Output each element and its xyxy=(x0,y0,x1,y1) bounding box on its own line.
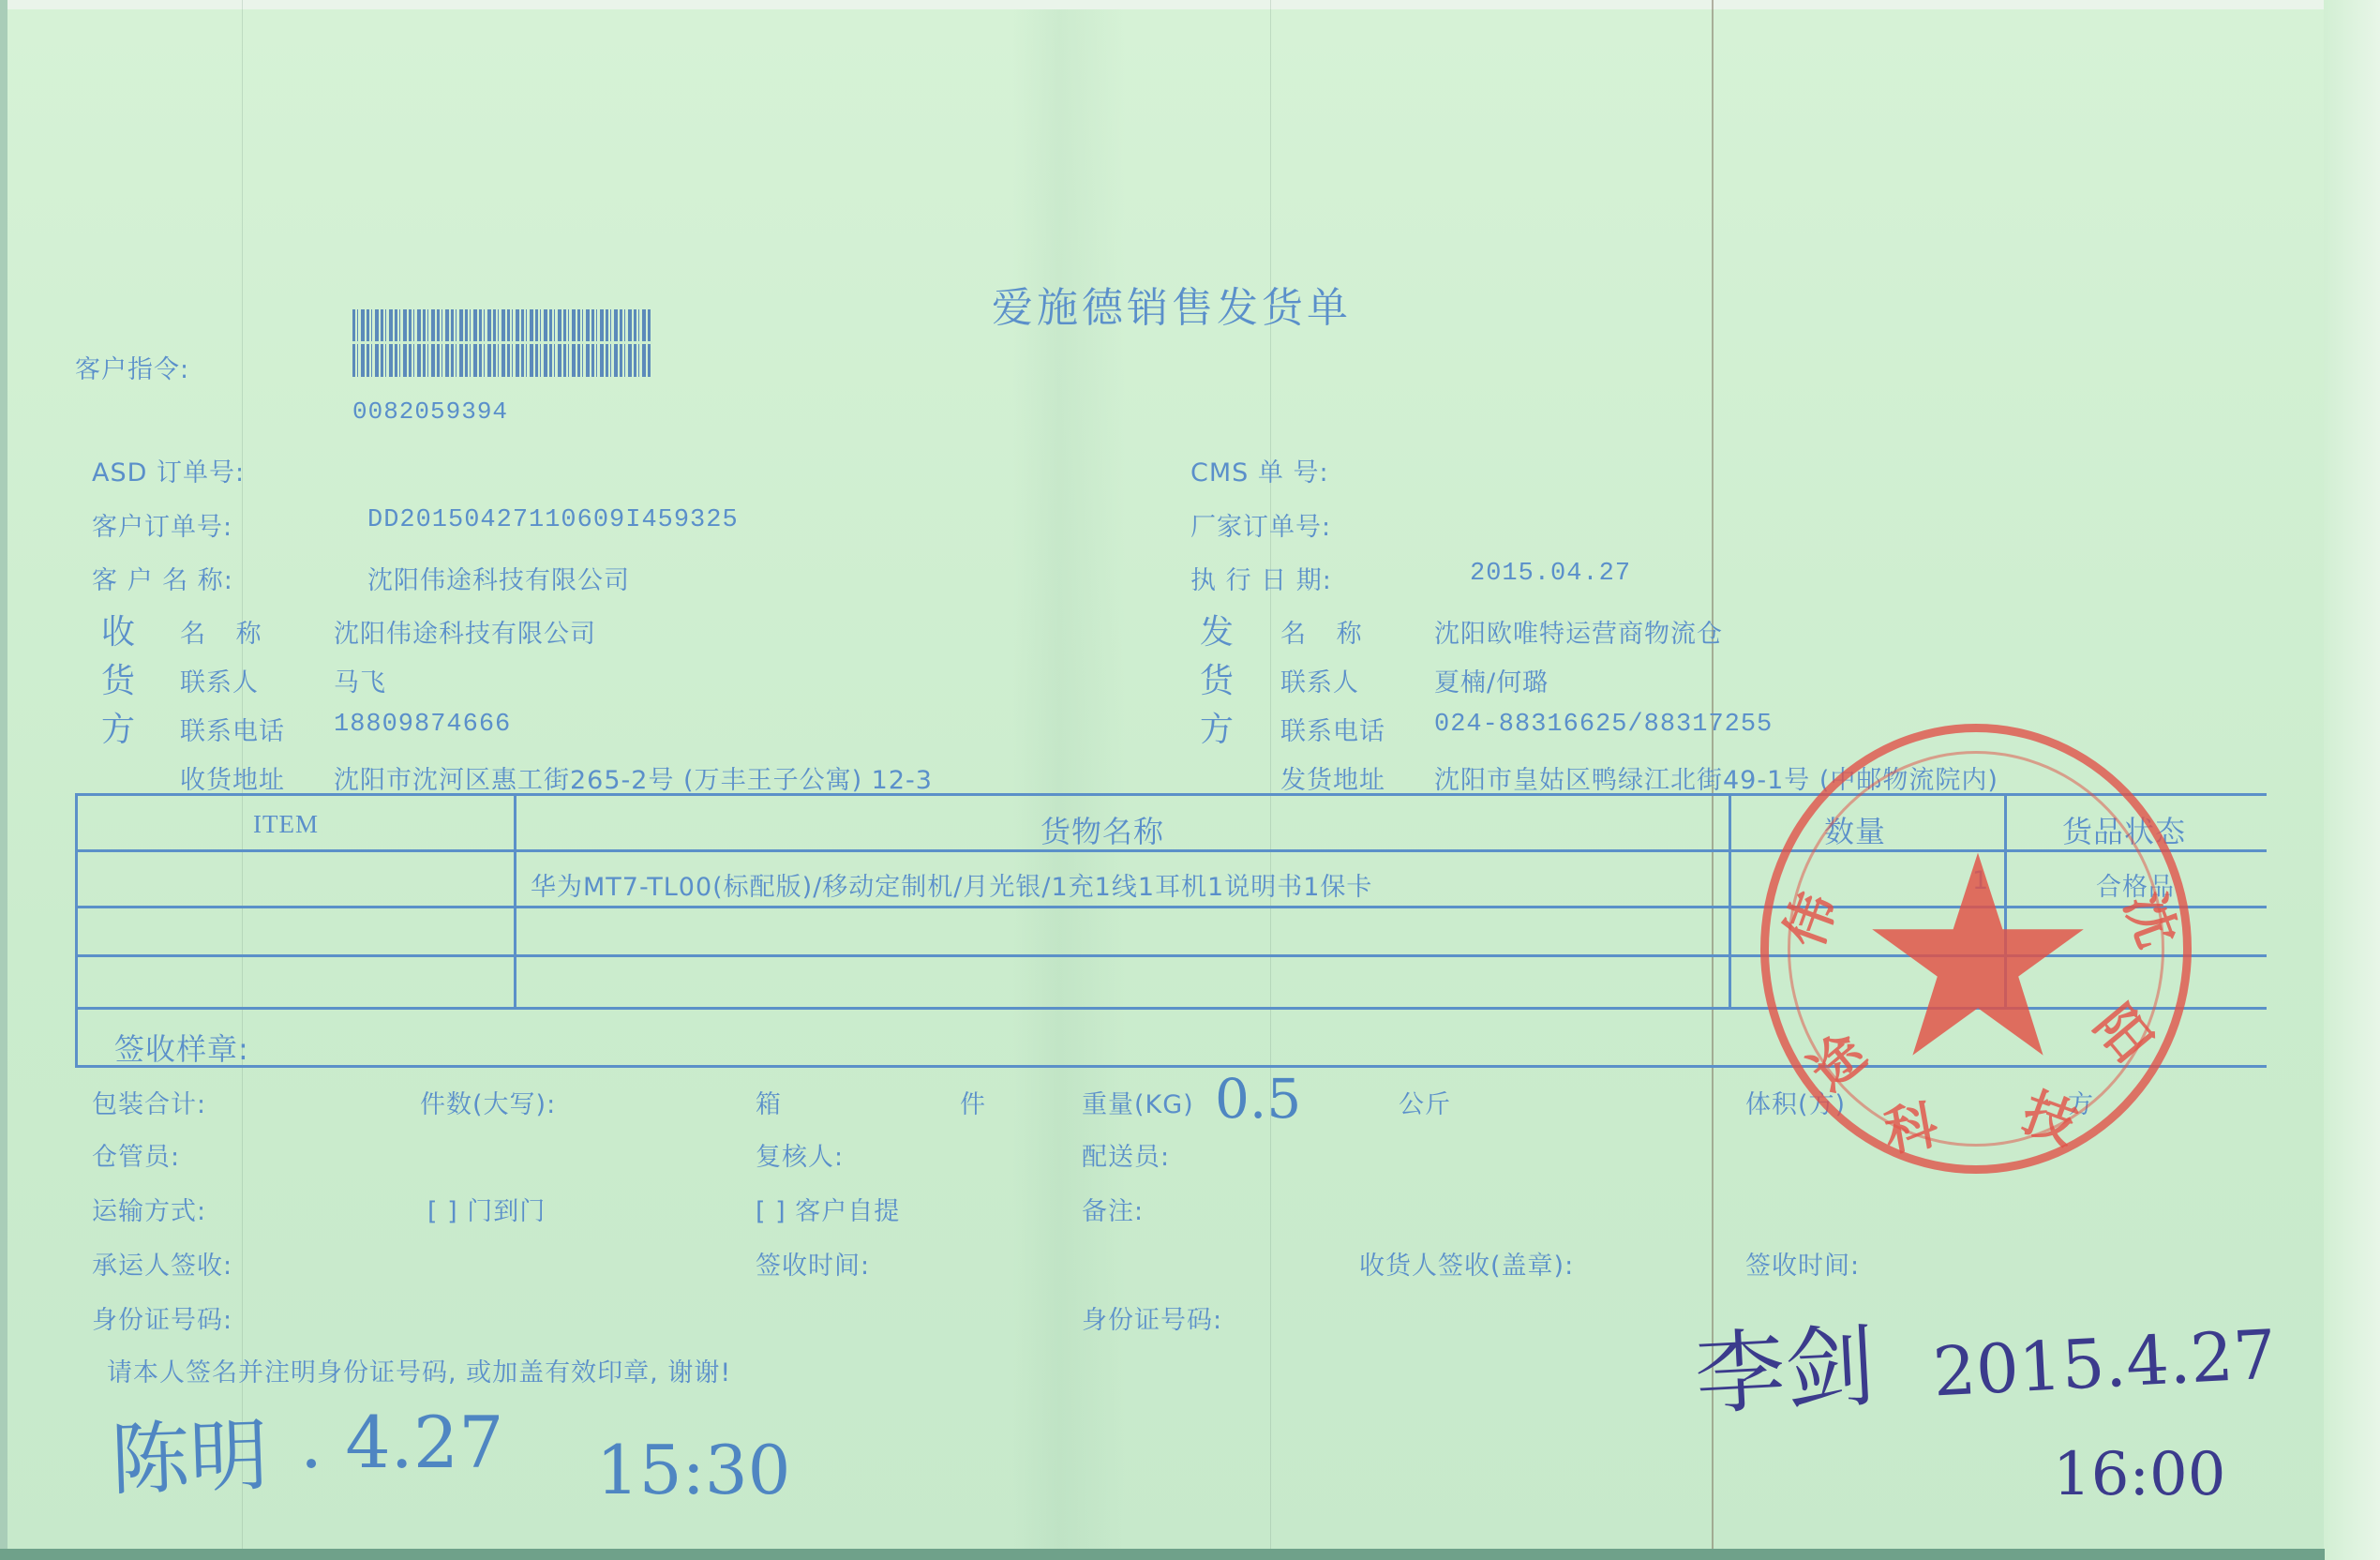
sender-name-value: 沈阳欧唯特运营商物流仓 xyxy=(1434,613,1723,650)
sender-address-label: 发货地址 xyxy=(1280,759,1385,796)
receiver-address-value: 沈阳市沈河区惠工街265-2号 (万丰王子公寓) 12-3 xyxy=(334,759,933,796)
consignee-id-label: 身份证号码: xyxy=(1082,1299,1222,1336)
table-border-left xyxy=(75,793,78,1067)
consignee-time-handwritten: 16:00 xyxy=(2053,1440,2225,1509)
receiver-address-label: 收货地址 xyxy=(180,759,285,796)
customer-instruction-label: 客户指令: xyxy=(75,349,189,385)
customer-pickup-checkbox[interactable]: [ ] 客户自提 xyxy=(756,1191,900,1227)
weight-handwritten: 0.5 xyxy=(1215,1067,1301,1131)
package-total-label: 包装合计: xyxy=(92,1084,206,1120)
receiver-phone-label: 联系电话 xyxy=(180,711,285,747)
remark-label: 备注: xyxy=(1082,1191,1144,1227)
receiver-side-char: 方 xyxy=(101,703,136,751)
signature-notice: 请本人签名并注明身份证号码, 或加盖有效印章, 谢谢! xyxy=(107,1352,731,1388)
customer-name-label: 客 户 名 称: xyxy=(92,560,233,596)
receiver-side-char: 货 xyxy=(101,654,136,702)
piece-count-label: 件数(大写): xyxy=(420,1084,556,1120)
exec-date-value: 2015.04.27 xyxy=(1470,560,1631,588)
perforation-strip xyxy=(0,0,2380,9)
receiver-contact-label: 联系人 xyxy=(180,662,259,698)
cms-order-label: CMS 单 号: xyxy=(1190,452,1329,488)
document-title: 爱施德销售发货单 xyxy=(992,274,1352,334)
delivery-person-label: 配送员: xyxy=(1082,1136,1170,1173)
receiver-name-value: 沈阳伟途科技有限公司 xyxy=(334,613,596,650)
barcode xyxy=(352,309,652,377)
carrier-sign-label: 承运人签收: xyxy=(92,1245,232,1282)
carrier-time-handwritten: 15:30 xyxy=(596,1431,791,1509)
piece-label: 件 xyxy=(960,1084,986,1120)
door-to-door-checkbox[interactable]: [ ] 门到门 xyxy=(427,1191,546,1227)
box-label: 箱 xyxy=(756,1084,782,1120)
receiver-name-label: 名 称 xyxy=(180,613,273,650)
sign-sample-label: 签收样章: xyxy=(114,1026,249,1069)
paper-crease xyxy=(1270,0,1271,1560)
receiver-contact-value: 马飞 xyxy=(334,662,386,698)
sender-phone-label: 联系电话 xyxy=(1280,711,1385,747)
warehouse-keeper-label: 仓管员: xyxy=(92,1136,180,1173)
carrier-id-label: 身份证号码: xyxy=(92,1299,232,1336)
exec-date-label: 执 行 日 期: xyxy=(1190,560,1332,596)
receiver-side-char: 收 xyxy=(101,606,136,653)
customer-order-label: 客户订单号: xyxy=(92,506,232,543)
paper-bottom-edge xyxy=(0,1549,2325,1560)
asd-order-label: ASD 订单号: xyxy=(92,452,245,488)
column-header-goods-name: 货物名称 xyxy=(1040,808,1164,851)
sender-name-label: 名 称 xyxy=(1280,613,1373,650)
receiver-phone-value: 18809874666 xyxy=(334,711,511,739)
carrier-sign-time-label: 签收时间: xyxy=(756,1245,870,1282)
kg-label: 公斤 xyxy=(1399,1084,1451,1120)
customer-name-value: 沈阳伟途科技有限公司 xyxy=(367,560,630,596)
customer-order-value: DD20150427110609I459325 xyxy=(367,506,739,534)
transport-method-label: 运输方式: xyxy=(92,1191,206,1227)
barcode-number: 0082059394 xyxy=(352,397,508,426)
sender-side-char: 货 xyxy=(1200,654,1235,702)
paper-left-edge xyxy=(0,0,7,1560)
sender-phone-value: 024-88316625/88317255 xyxy=(1434,711,1773,739)
sender-side-char: 发 xyxy=(1200,606,1235,653)
carrier-date-handwritten: . 4.27 xyxy=(300,1401,504,1484)
sender-side-char: 方 xyxy=(1200,703,1235,751)
reviewer-label: 复核人: xyxy=(756,1136,844,1173)
table-col-divider xyxy=(1729,793,1731,1009)
weight-label: 重量(KG) xyxy=(1082,1084,1194,1120)
consignee-sign-label: 收货人签收(盖章): xyxy=(1359,1245,1574,1282)
consignee-signature-handwritten: 李剑 xyxy=(1692,1295,1879,1432)
table-col-divider xyxy=(514,793,516,1009)
column-header-item: ITEM xyxy=(253,810,319,839)
sender-contact-value: 夏楠/何璐 xyxy=(1434,662,1549,698)
factory-order-label: 厂家订单号: xyxy=(1190,506,1331,543)
stamp-star-icon xyxy=(1865,844,2090,1069)
consignee-sign-time-label: 签收时间: xyxy=(1745,1245,1860,1282)
paper-right-edge xyxy=(2324,0,2380,1560)
goods-name-cell: 华为MT7-TL00(标配版)/移动定制机/月光银/1充1线1耳机1说明书1保卡 xyxy=(531,866,1372,903)
sender-contact-label: 联系人 xyxy=(1280,662,1359,698)
carrier-signature-handwritten: 陈明 xyxy=(109,1392,270,1511)
